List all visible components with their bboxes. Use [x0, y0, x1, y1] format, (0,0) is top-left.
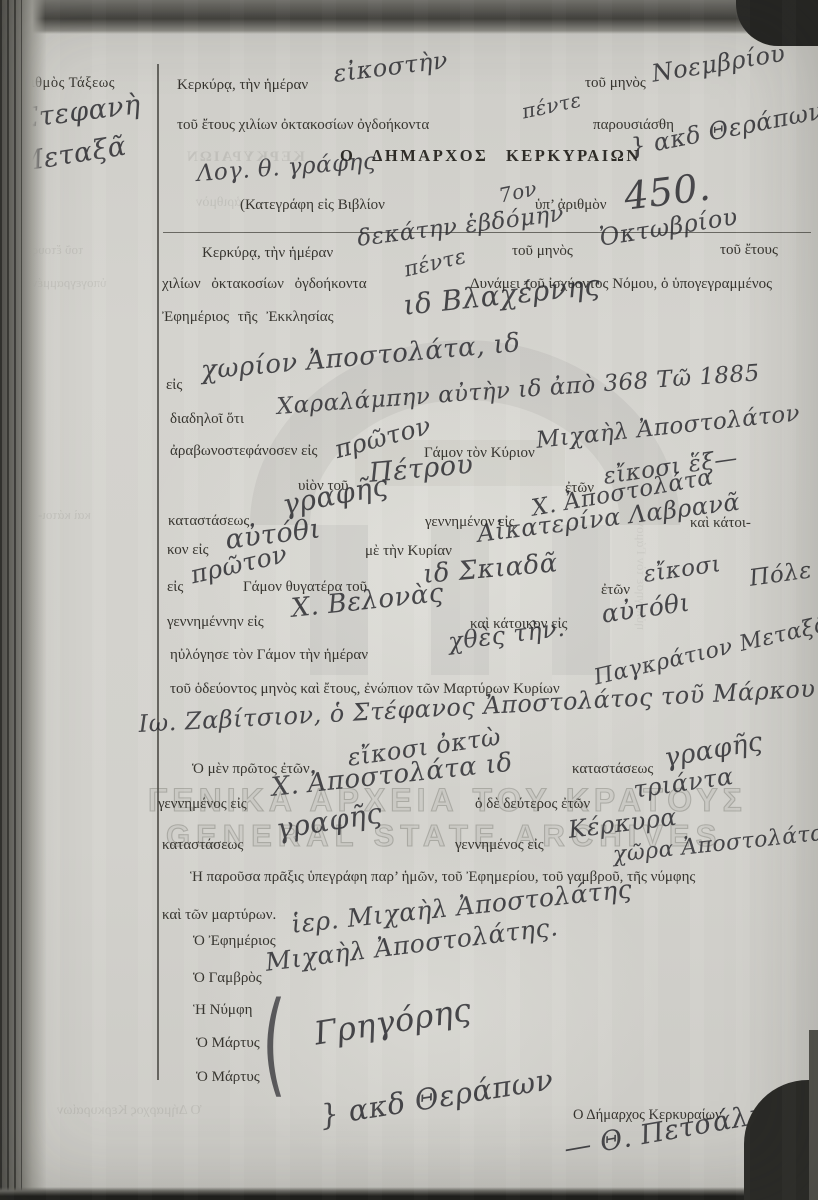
act-second-witness-label: ὁ δὲ δεύτερος ἐτῶν [475, 797, 590, 812]
reg-month-label: τοῦ μηνὸς [585, 76, 646, 91]
act-at2-label: εἰς [167, 580, 183, 595]
signature-bride-label: Ἡ Νύμφη [193, 1003, 252, 1018]
signature-groom-label: Ὁ Γαμβρὸς [193, 971, 262, 986]
book-top-edge [0, 0, 818, 34]
reg-handwritten-month: Νοεμβρίου [650, 41, 787, 86]
act-closing-line-2: καὶ τῶν μαρτύρων. [162, 908, 276, 923]
act-year-label: χιλίων ὀκτακοσίων ὀγδοήκοντα [162, 277, 367, 292]
margin-vertical-rule [157, 64, 159, 1080]
act-w2-born-label: γεννημένος εἰς [455, 838, 544, 853]
reg-year-label: τοῦ ἔτους χιλίων ὀκτακοσίων ὀγδοήκοντα [177, 118, 429, 133]
act-blessed-label: ηὐλόγησε τὸν Γάμον τὴν ἡμέραν [170, 648, 368, 663]
book-bottom-right-corner [744, 1080, 818, 1200]
act-w1-born-label: γεννημένος εἰς [158, 797, 247, 812]
scanned-marriage-record-page: ΓΕΝΙΚΑ ΑΡΧΕΙΑ ΤΟΥ ΚΡΑΤΟΥΣ GENERAL STATE … [0, 0, 818, 1200]
act-declare-label: διαδηλοῖ ὅτι [170, 412, 244, 427]
signature-witness2-label: Ὁ Μάρτυς [196, 1070, 260, 1085]
book-right-edge-strip [809, 1030, 818, 1200]
book-binding-page-edges [0, 0, 22, 1200]
signature-brace: ( [262, 988, 286, 1100]
bottom-handwritten-note: } ακδ Θεράπων [318, 1065, 555, 1131]
signature-witness1-label: Ὁ Μάρτυς [196, 1036, 260, 1051]
act-month-label: τοῦ μηνὸς [512, 244, 573, 259]
act-w2-status-label: καταστάσεως [162, 838, 243, 853]
signature-witness-handwriting: Γρηγόρης [312, 993, 474, 1049]
act-bride-born-label: γεννημέννην εἰς [167, 615, 264, 630]
act-resident-label-2: κον εἰς [167, 543, 209, 558]
act-year-tail-label: τοῦ ἔτους [720, 243, 778, 258]
act-priest-label: Ἐφημέριος τῆς Ἐκκλησίας [162, 310, 334, 325]
act-handwritten-church: ιδ Βλαχέρνης [402, 271, 602, 320]
showthrough-mayor-title: Ὁ Δήμαρχος Κερκυραίων [57, 1104, 202, 1118]
signature-priest-label: Ὁ Ἐφημέριος [193, 934, 276, 949]
act-with-lady-label: μὲ τὴν Κυρίαν [365, 544, 452, 559]
reg-handwritten-book: 7ον [497, 178, 539, 206]
reg-place-day-label: Κερκύρᾳ, τὴν ἡμέραν [177, 78, 308, 93]
act-handwritten-bride-age-tail: Πόλε [748, 559, 813, 591]
reg-handwritten-year: πέντε [520, 89, 583, 121]
showthrough-arithmon: ἀριθμὸν [196, 196, 242, 210]
reg-handwritten-day: εἰκοστὴν [332, 48, 449, 86]
book-bottom-edge [0, 1187, 818, 1200]
act-handwritten-year: πέντε [402, 246, 468, 281]
act-betrothed-label: ἀραβωνοστεφάνοσεν εἰς [170, 444, 317, 459]
act-place-day-label: Κερκύρᾳ, τὴν ἡμέραν [202, 246, 333, 261]
mayor-heading: Ο ΔΗΜΑΡΧΟΣ ΚΕΡΚΥΡΑΙΩΝ [340, 148, 641, 165]
reg-handwritten-note: } ακδ Θεράπων [628, 99, 818, 160]
reg-recorded-label: (Κατεγράφη εἰς Βιβλίον [240, 198, 385, 213]
act-at-label: εἰς [166, 378, 182, 393]
book-top-right-corner [736, 0, 818, 46]
